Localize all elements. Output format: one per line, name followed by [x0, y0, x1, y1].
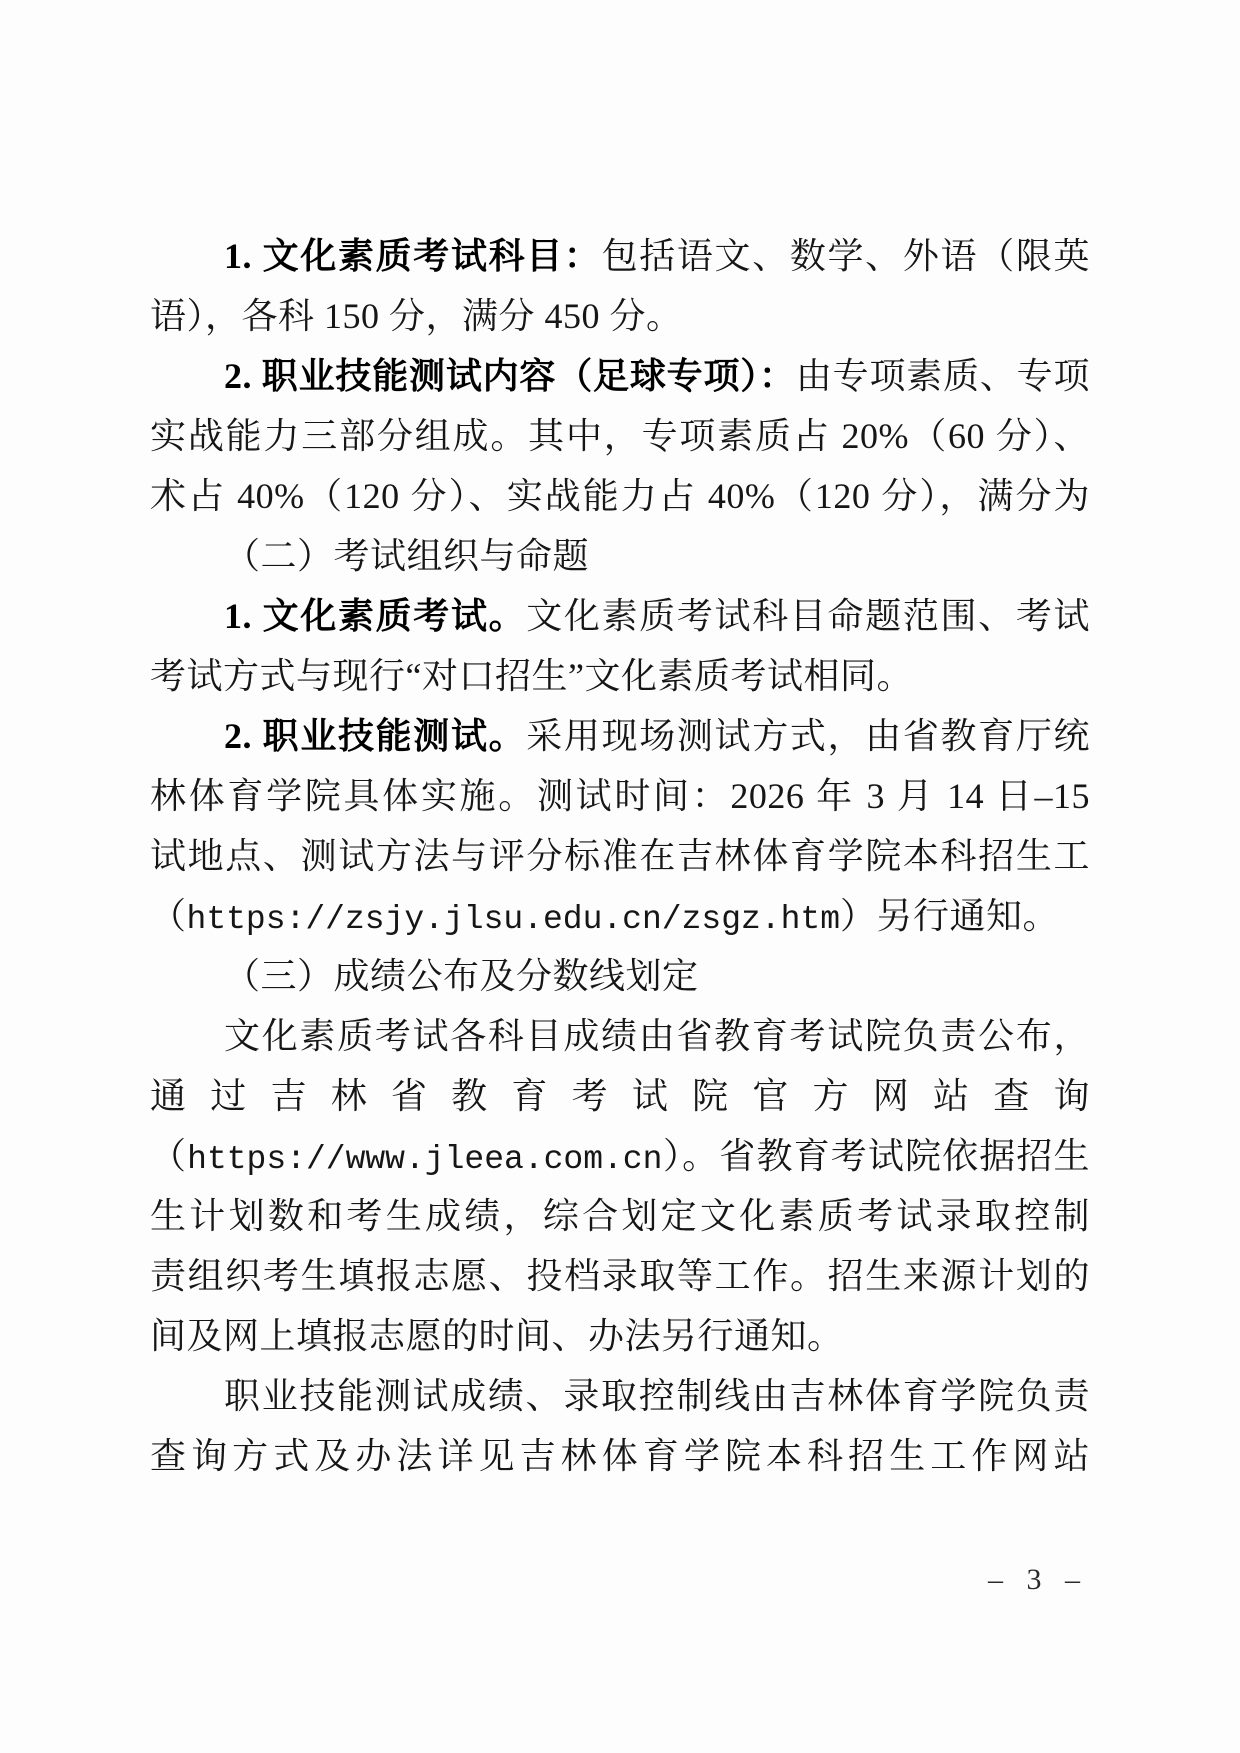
text-run: 职业技能测试成绩、录取控制线由吉林体育学院负责公布， [150, 1376, 1090, 1426]
text-line: 查询方式及办法详见吉林体育学院本科招生工作网站 [150, 1426, 1090, 1486]
text-line: 语），各科 150 分，满分 450 分。 [150, 286, 1090, 346]
text-run: （ [150, 896, 187, 936]
text-line: 通过吉林省教育考试院官方网站查询 [150, 1066, 1090, 1126]
text-line: 间及网上填报志愿的时间、办法另行通知。 [150, 1306, 1090, 1366]
text-run: （ [150, 1136, 187, 1176]
section-heading-line: （三）成绩公布及分数线划定 [150, 946, 1090, 1006]
text-run: （三）成绩公布及分数线划定 [224, 956, 699, 996]
text-line: 责组织考生填报志愿、投档录取等工作。招生来源计划的公布时 [150, 1246, 1090, 1306]
document-page: 1. 文化素质考试科目：包括语文、数学、外语（限英语、日语），各科 150 分，… [0, 0, 1240, 1753]
text-line: 文化素质考试各科目成绩由省教育考试院负责公布，考生可 [150, 1006, 1090, 1066]
text-line: 1. 文化素质考试。文化素质考试科目命题范围、考试时间及 [150, 586, 1090, 646]
text-run: 试地点、测试方法与评分标准在吉林体育学院本科招生工作网站 [150, 836, 1090, 886]
text-line: 术占 40%（120 分）、实战能力占 40%（120 分），满分为 300 分… [150, 466, 1090, 526]
text-line: 生计划数和考生成绩，综合划定文化素质考试录取控制线，并负 [150, 1186, 1090, 1246]
text-line: 1. 文化素质考试科目：包括语文、数学、外语（限英语、日 [150, 226, 1090, 286]
text-run: 实战能力三部分组成。其中，专项素质占 20%（60 分）、专项技 [150, 416, 1090, 466]
text-run: ）另行通知。 [840, 896, 1059, 936]
text-run: 考试方式与现行“对口招生”文化素质考试相同。 [150, 656, 913, 696]
text-line: （https://zsjy.jlsu.edu.cn/zsgz.htm）另行通知。 [150, 886, 1090, 946]
url-text: https://zsjy.jlsu.edu.cn/zsgz.htm [187, 901, 841, 938]
text-line: 林体育学院具体实施。测试时间：2026 年 3 月 14 日–15 日；测 [150, 766, 1090, 826]
text-line: 职业技能测试成绩、录取控制线由吉林体育学院负责公布， [150, 1366, 1090, 1426]
text-run: 生计划数和考生成绩，综合划定文化素质考试录取控制线，并负 [150, 1196, 1090, 1246]
document-body: 1. 文化素质考试科目：包括语文、数学、外语（限英语、日语），各科 150 分，… [150, 226, 1090, 1486]
url-text: https://www.jleea.com.cn [187, 1141, 662, 1178]
page-number: – 3 – [988, 1560, 1088, 1600]
text-line: 2. 职业技能测试内容（足球专项）：由专项素质、专项技术、 [150, 346, 1090, 406]
text-line: 考试方式与现行“对口招生”文化素质考试相同。 [150, 646, 1090, 706]
text-run: 查询方式及办法详见吉林体育学院本科招生工作网站 [150, 1436, 1090, 1476]
text-line: （https://www.jleea.com.cn）。省教育考试院依据招生院校招 [150, 1126, 1090, 1186]
bold-text-run: 1. 文化素质考试。 [224, 596, 526, 636]
text-run: 责组织考生填报志愿、投档录取等工作。招生来源计划的公布时 [150, 1256, 1090, 1306]
text-run: 语），各科 150 分，满分 450 分。 [150, 296, 683, 336]
section-heading-line: （二）考试组织与命题 [150, 526, 1090, 586]
text-line: 2. 职业技能测试。采用现场测试方式，由省教育厅统筹，吉 [150, 706, 1090, 766]
bold-text-run: 2. 职业技能测试。 [224, 716, 526, 756]
bold-text-run: 1. 文化素质考试科目： [224, 236, 602, 276]
text-run: 林体育学院具体实施。测试时间：2026 年 3 月 14 日–15 日；测 [150, 776, 1090, 826]
text-run: 术占 40%（120 分）、实战能力占 40%（120 分），满分为 300 分… [150, 476, 1090, 526]
bold-text-run: 2. 职业技能测试内容（足球专项）： [224, 356, 796, 396]
text-line: 实战能力三部分组成。其中，专项素质占 20%（60 分）、专项技 [150, 406, 1090, 466]
text-run: 间及网上填报志愿的时间、办法另行通知。 [150, 1316, 844, 1356]
text-line: 试地点、测试方法与评分标准在吉林体育学院本科招生工作网站 [150, 826, 1090, 886]
text-run: 通过吉林省教育考试院官方网站查询 [150, 1076, 1090, 1116]
text-run: （二）考试组织与命题 [224, 536, 589, 576]
text-run: 文化素质考试各科目成绩由省教育考试院负责公布，考生可 [150, 1016, 1090, 1066]
